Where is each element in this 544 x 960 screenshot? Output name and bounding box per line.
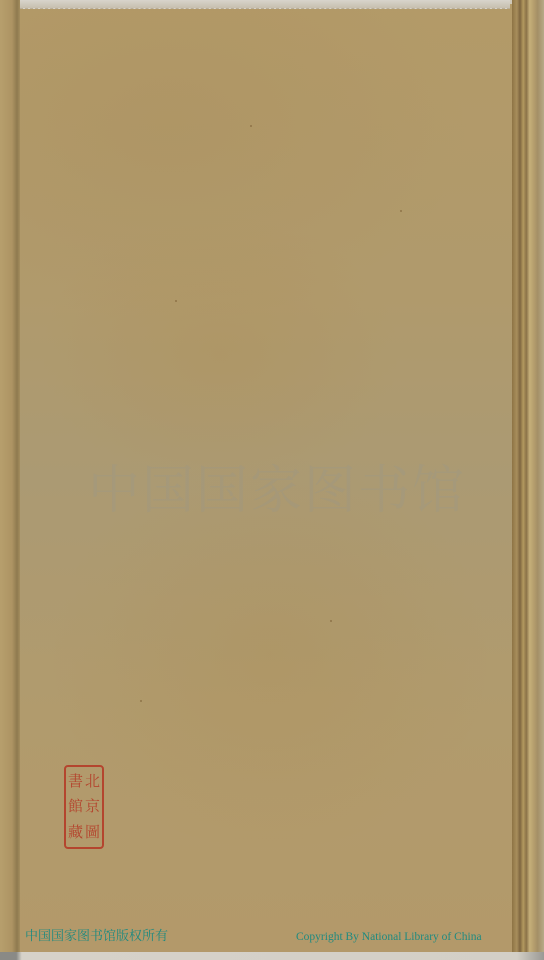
seal-char: 京 <box>85 797 100 816</box>
copyright-english: Copyright By National Library of China <box>296 931 482 943</box>
paper-speck <box>330 620 332 622</box>
top-torn-edge <box>20 0 510 9</box>
paper-speck <box>175 300 177 302</box>
right-page-stack <box>512 0 544 952</box>
copyright-chinese: 中国国家图书馆版权所有 <box>25 925 168 944</box>
seal-char: 館 <box>68 797 83 816</box>
scanned-page-image: 中国国家图书馆 北 京 圖 書 館 藏 中国国家图书馆版权所有 Copyrigh… <box>0 0 544 960</box>
seal-column-right: 北 京 圖 <box>85 769 100 845</box>
seal-char: 圖 <box>85 823 100 842</box>
bottom-background-strip <box>0 952 544 960</box>
seal-char: 藏 <box>68 823 83 842</box>
left-book-edge <box>0 0 20 952</box>
paper-speck <box>250 125 252 127</box>
seal-column-left: 書 館 藏 <box>68 769 83 845</box>
seal-char: 書 <box>68 772 83 791</box>
library-watermark: 中国国家图书馆 <box>88 448 466 523</box>
seal-char: 北 <box>85 772 100 791</box>
paper-speck <box>400 210 402 212</box>
collector-seal: 北 京 圖 書 館 藏 <box>64 765 104 849</box>
paper-speck <box>140 700 142 702</box>
